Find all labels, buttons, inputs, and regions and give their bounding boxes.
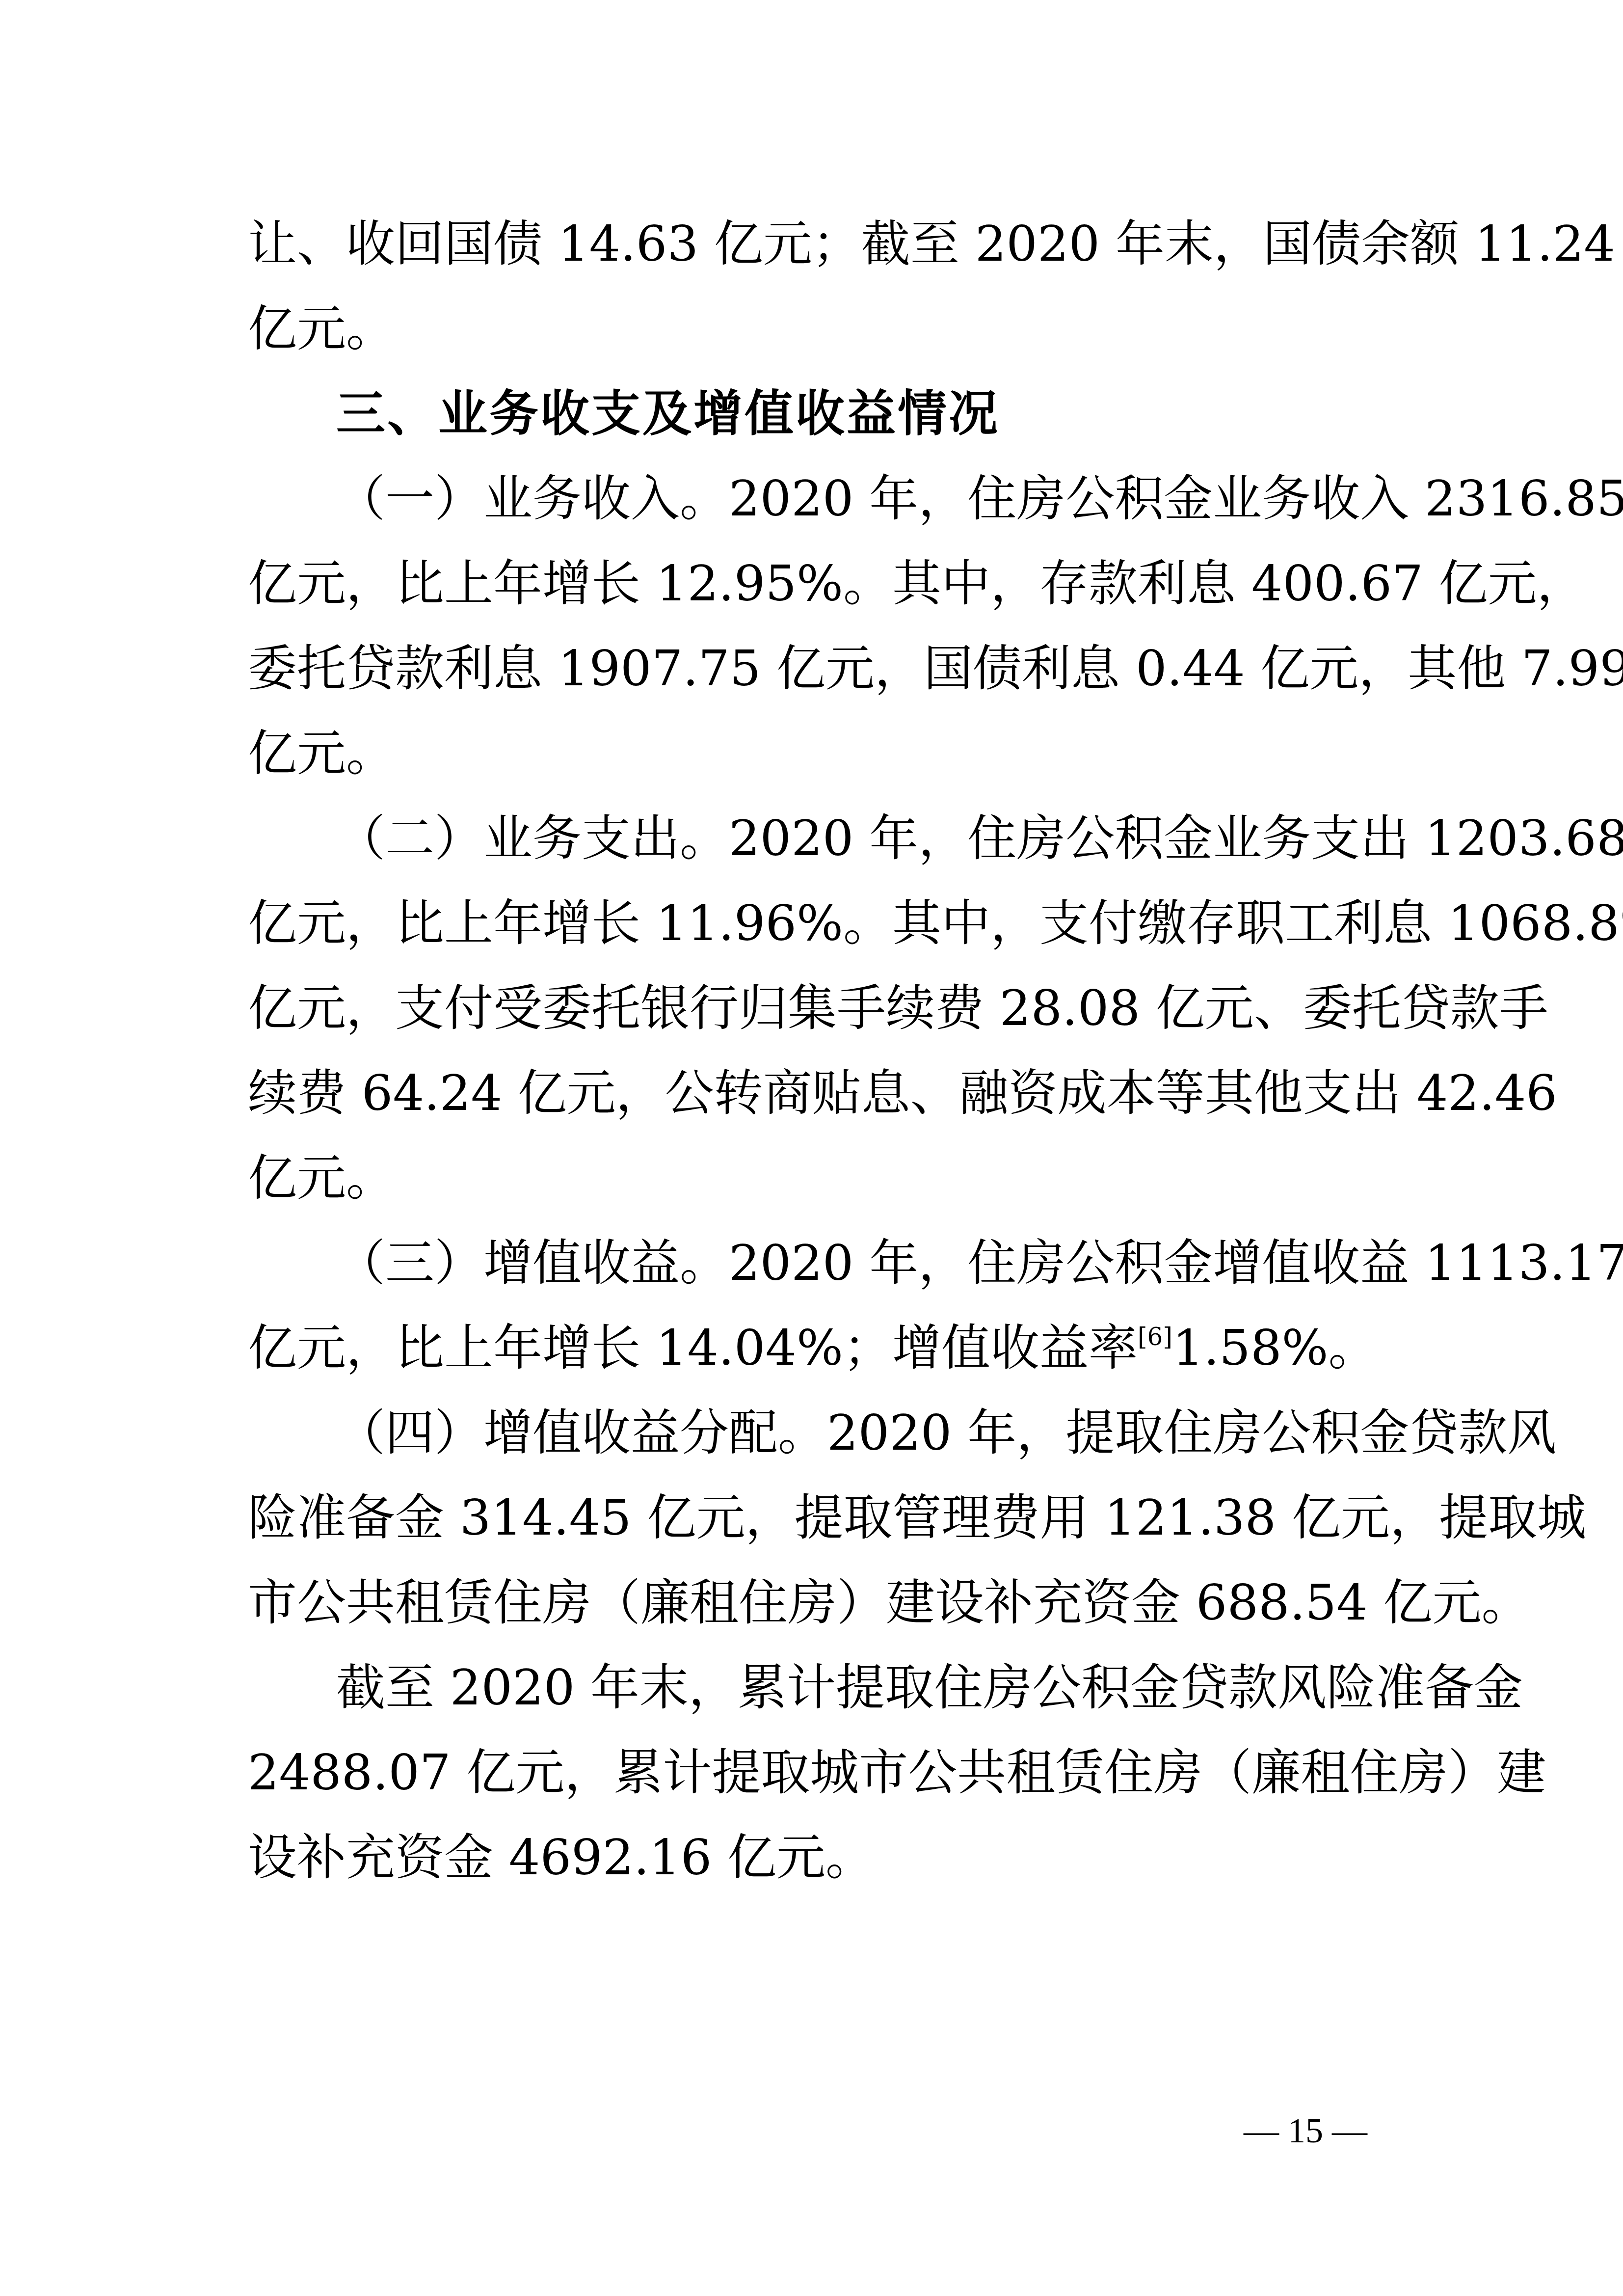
paragraph-line: （一）业务收入。2020 年，住房公积金业务收入 2316.85 bbox=[336, 467, 1386, 531]
paragraph-line: 亿元，比上年增长 14.04%；增值收益率[6]1.58%。 bbox=[248, 1316, 1386, 1380]
paragraph-line: 亿元，支付受委托银行归集手续费 28.08 亿元、委托贷款手 bbox=[248, 976, 1386, 1040]
paragraph-line: 续费 64.24 亿元，公转商贴息、融资成本等其他支出 42.46 bbox=[248, 1061, 1386, 1125]
paragraph-line: 亿元。 bbox=[248, 1146, 1386, 1210]
footnote-reference[interactable]: [6] bbox=[1138, 1323, 1172, 1351]
paragraph-line: （四）增值收益分配。2020 年，提取住房公积金贷款风 bbox=[336, 1401, 1386, 1465]
paragraph-line: 亿元，比上年增长 11.96%。其中，支付缴存职工利息 1068.89 bbox=[248, 891, 1386, 955]
document-page: 让、收回国债 14.63 亿元；截至 2020 年末，国债余额 11.24 亿元… bbox=[0, 0, 1623, 2296]
paragraph-line: 截至 2020 年末，累计提取住房公积金贷款风险准备金 bbox=[336, 1656, 1386, 1720]
paragraph-line: 市公共租赁住房（廉租住房）建设补充资金 688.54 亿元。 bbox=[248, 1571, 1386, 1635]
paragraph-line: 2488.07 亿元，累计提取城市公共租赁住房（廉租住房）建 bbox=[248, 1741, 1386, 1805]
paragraph-line: 亿元。 bbox=[248, 297, 1386, 361]
line-text: 1.58%。 bbox=[1172, 1319, 1378, 1377]
paragraph-line: 设补充资金 4692.16 亿元。 bbox=[248, 1826, 1386, 1890]
paragraph-line: （二）业务支出。2020 年，住房公积金业务支出 1203.68 bbox=[336, 807, 1386, 870]
paragraph-line: 亿元，比上年增长 12.95%。其中，存款利息 400.67 亿元， bbox=[248, 552, 1386, 616]
paragraph-line: 险准备金 314.45 亿元，提取管理费用 121.38 亿元，提取城 bbox=[248, 1486, 1386, 1550]
page-number: — 15 — bbox=[1217, 2096, 1394, 2165]
paragraph-line: （三）增值收益。2020 年，住房公积金增值收益 1113.17 bbox=[336, 1231, 1386, 1295]
paragraph-line: 亿元。 bbox=[248, 722, 1386, 785]
paragraph-line: 让、收回国债 14.63 亿元；截至 2020 年末，国债余额 11.24 bbox=[248, 212, 1386, 276]
paragraph-line: 委托贷款利息 1907.75 亿元，国债利息 0.44 亿元，其他 7.99 bbox=[248, 637, 1386, 701]
line-text: 亿元，比上年增长 14.04%；增值收益率 bbox=[248, 1319, 1138, 1377]
section-heading: 三、业务收支及增值收益情况 bbox=[336, 382, 1386, 446]
